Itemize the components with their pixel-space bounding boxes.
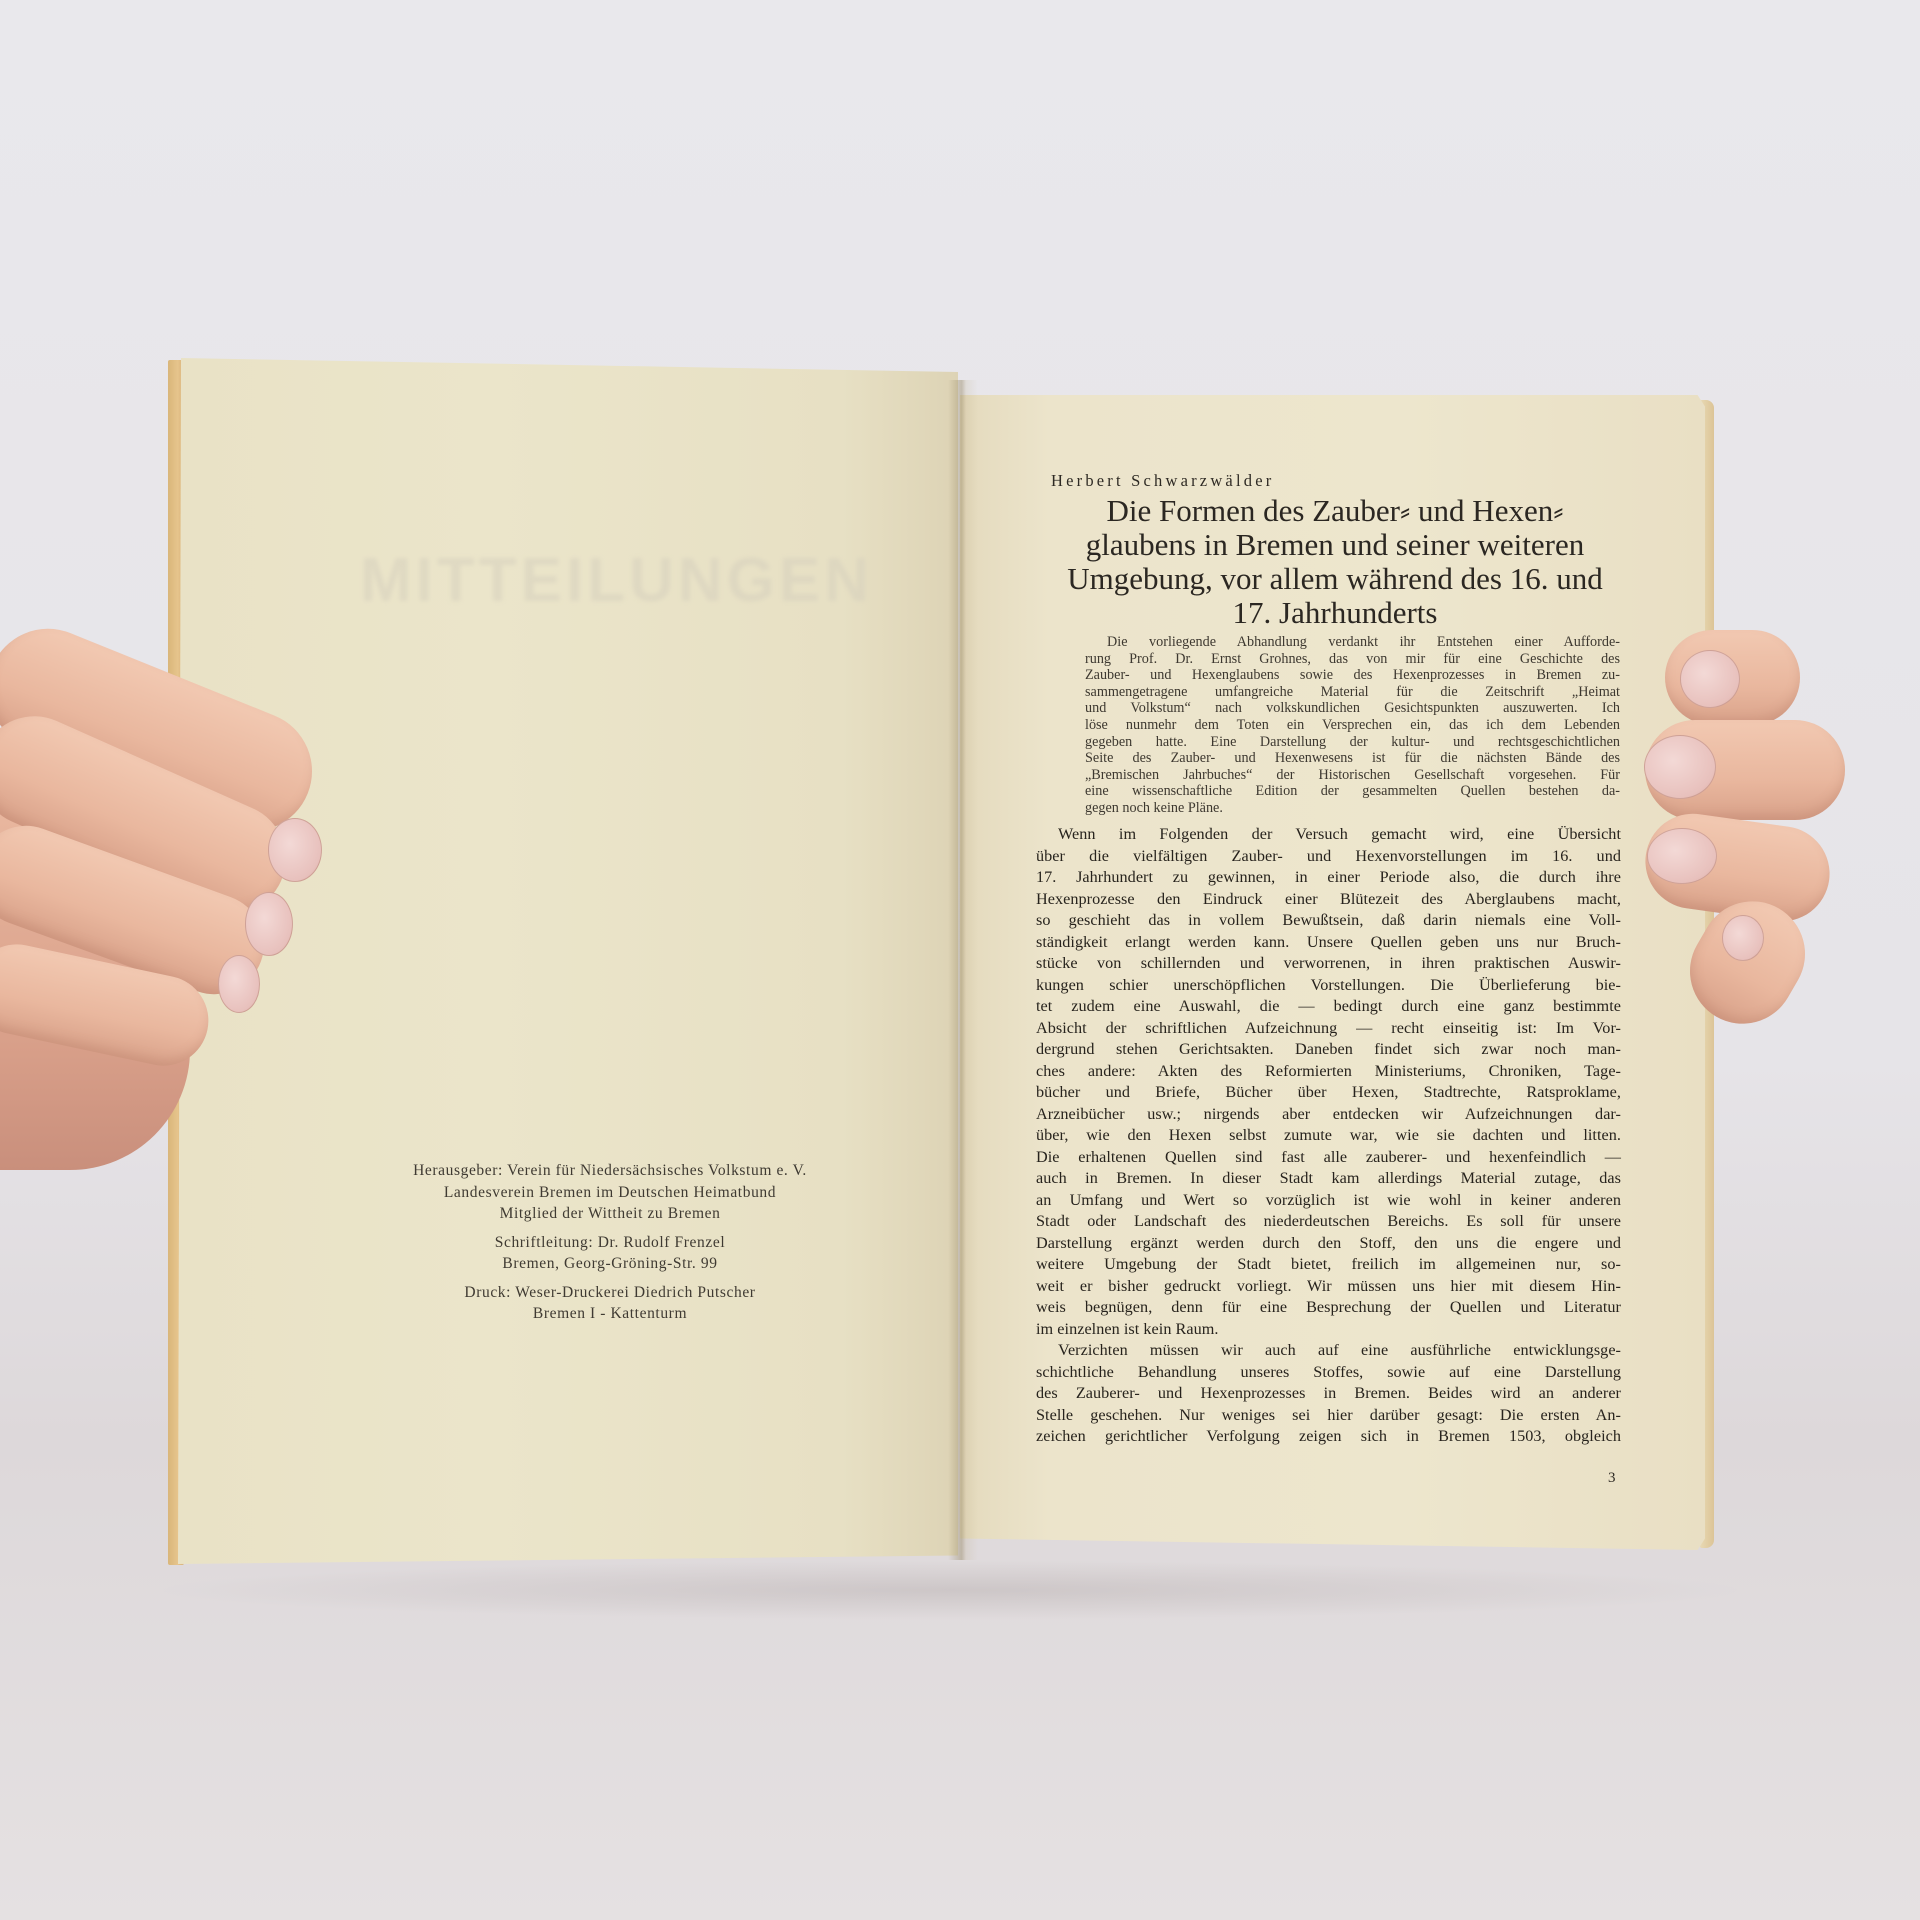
bleed-through-text: MITTEILUNGEN xyxy=(360,545,900,605)
body-line: kungen schier unerschöpflichen Vorstellu… xyxy=(1036,975,1621,997)
article-body: Wenn im Folgenden der Versuch gemacht wi… xyxy=(1036,824,1621,1448)
body-line: stücke von schillernden und verworrenen,… xyxy=(1036,953,1621,975)
fingernail xyxy=(1644,735,1716,799)
abstract-line: gegen noch keine Pläne. xyxy=(1085,800,1620,817)
left-page xyxy=(178,358,958,1564)
body-line: Stelle geschehen. Nur weniges sei hier d… xyxy=(1036,1405,1621,1427)
body-line: schichtliche Behandlung unseres Stoffes,… xyxy=(1036,1362,1621,1384)
imprint-printer: Druck: Weser-Druckerei Diedrich Putscher… xyxy=(360,1282,860,1325)
body-line: Wenn im Folgenden der Versuch gemacht wi… xyxy=(1036,824,1621,846)
title-line: glaubens in Bremen und seiner weiteren xyxy=(1045,528,1625,562)
fingernail xyxy=(1647,828,1717,884)
body-line: ständigkeit erlangt werden kann. Unsere … xyxy=(1036,932,1621,954)
abstract-line: sammengetragene umfangreiche Material fü… xyxy=(1085,684,1620,701)
article-abstract: Die vorliegende Abhandlung verdankt ihr … xyxy=(1085,634,1620,817)
body-line: auch in Bremen. In dieser Stadt kam alle… xyxy=(1036,1168,1621,1190)
book-shadow xyxy=(150,1560,1750,1620)
body-paragraph-1: Wenn im Folgenden der Versuch gemacht wi… xyxy=(1036,824,1621,1340)
body-line: Verzichten müssen wir auch auf eine ausf… xyxy=(1036,1340,1621,1362)
fingernail xyxy=(218,955,260,1013)
fingernail xyxy=(268,818,322,882)
page-number: 3 xyxy=(1608,1470,1616,1487)
body-line: Die erhaltenen Quellen sind fast alle za… xyxy=(1036,1147,1621,1169)
body-line: ches andere: Akten des Reformierten Mini… xyxy=(1036,1061,1621,1083)
body-line: Absicht der schriftlichen Aufzeichnung —… xyxy=(1036,1018,1621,1040)
book-gutter xyxy=(948,380,978,1560)
imprint-line: Bremen, Georg-Gröning-Str. 99 xyxy=(360,1253,860,1275)
body-line: weis begnügen, denn für eine Besprechung… xyxy=(1036,1297,1621,1319)
body-line: 17. Jahrhundert zu gewinnen, in einer Pe… xyxy=(1036,867,1621,889)
body-line: zeichen gerichtlicher Verfolgung zeigen … xyxy=(1036,1426,1621,1448)
fingernail xyxy=(1680,650,1740,708)
body-line: Arzneibücher usw.; nirgends aber entdeck… xyxy=(1036,1104,1621,1126)
body-line: über, wie den Hexen selbst zumute war, w… xyxy=(1036,1125,1621,1147)
abstract-line: und Volkstum“ nach volkskundlichen Gesic… xyxy=(1085,700,1620,717)
article-title: Die Formen des Zauber⸗ und Hexen⸗ glaube… xyxy=(1045,494,1625,630)
abstract-line: „Bremischen Jahrbuches“ der Historischen… xyxy=(1085,767,1620,784)
photo-scene: MITTEILUNGEN Herausgeber: Verein für Nie… xyxy=(0,0,1920,1920)
article-author: Herbert Schwarzwälder xyxy=(1051,471,1274,491)
imprint-line: Bremen I - Kattenturm xyxy=(360,1303,860,1325)
body-line: dergrund stehen Gerichtsakten. Daneben f… xyxy=(1036,1039,1621,1061)
imprint-line: Schriftleitung: Dr. Rudolf Frenzel xyxy=(360,1232,860,1254)
body-line: tet zudem eine Auswahl, die — bedingt du… xyxy=(1036,996,1621,1018)
body-line: so geschieht das in vollem Bewußtsein, d… xyxy=(1036,910,1621,932)
abstract-line: gegeben hatte. Eine Darstellung der kult… xyxy=(1085,734,1620,751)
abstract-line: rung Prof. Dr. Ernst Grohnes, das von mi… xyxy=(1085,651,1620,668)
imprint-editor: Schriftleitung: Dr. Rudolf Frenzel Breme… xyxy=(360,1232,860,1275)
body-line: Darstellung ergänzt werden durch den Sto… xyxy=(1036,1233,1621,1255)
body-line: weit er bisher gedruckt vorliegt. Wir mü… xyxy=(1036,1276,1621,1298)
imprint: Herausgeber: Verein für Niedersächsische… xyxy=(360,1160,860,1332)
body-paragraph-2: Verzichten müssen wir auch auf eine ausf… xyxy=(1036,1340,1621,1448)
body-line: an Umfang und Wert so vorzüglich ist wie… xyxy=(1036,1190,1621,1212)
body-line: über die vielfältigen Zauber- und Hexenv… xyxy=(1036,846,1621,868)
imprint-publisher: Herausgeber: Verein für Niedersächsische… xyxy=(360,1160,860,1225)
abstract-line: löse nunmehr dem Toten ein Versprechen e… xyxy=(1085,717,1620,734)
imprint-line: Landesverein Bremen im Deutschen Heimatb… xyxy=(360,1182,860,1204)
fingernail xyxy=(245,892,293,956)
title-line: 17. Jahrhunderts xyxy=(1045,596,1625,630)
abstract-line: Die vorliegende Abhandlung verdankt ihr … xyxy=(1085,634,1620,651)
title-line: Die Formen des Zauber⸗ und Hexen⸗ xyxy=(1045,494,1625,528)
title-line: Umgebung, vor allem während des 16. und xyxy=(1045,562,1625,596)
body-line: Hexenprozesse den Eindruck einer Blüteze… xyxy=(1036,889,1621,911)
imprint-line: Mitglied der Wittheit zu Bremen xyxy=(360,1203,860,1225)
imprint-line: Druck: Weser-Druckerei Diedrich Putscher xyxy=(360,1282,860,1304)
imprint-line: Herausgeber: Verein für Niedersächsische… xyxy=(360,1160,860,1182)
abstract-line: eine wissenschaftliche Edition der gesam… xyxy=(1085,783,1620,800)
abstract-line: Seite des Zauber- und Hexenwesens ist fü… xyxy=(1085,750,1620,767)
body-line: weitere Umgebung der Stadt bietet, freil… xyxy=(1036,1254,1621,1276)
abstract-line: Zauber- und Hexenglaubens sowie des Hexe… xyxy=(1085,667,1620,684)
body-line: des Zauberer- und Hexenprozesses in Brem… xyxy=(1036,1383,1621,1405)
body-line: Stadt oder Landschaft des niederdeutsche… xyxy=(1036,1211,1621,1233)
fingernail xyxy=(1722,915,1764,961)
body-line: im einzelnen ist kein Raum. xyxy=(1036,1319,1621,1341)
body-line: bücher und Briefe, Bücher über Hexen, St… xyxy=(1036,1082,1621,1104)
